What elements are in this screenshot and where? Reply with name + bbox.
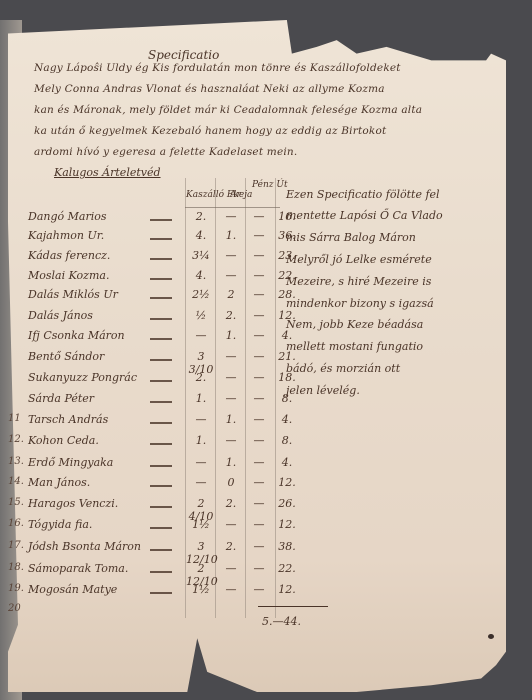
cell-ar: —: [244, 229, 274, 242]
table-row: Sukanyuzz Pongrác2.——18.: [0, 371, 300, 390]
cell-ar: —: [244, 456, 274, 469]
row-name: Kohon Ceda.: [28, 434, 99, 447]
row-number: 18.: [8, 562, 24, 573]
cell-kaszallo: —: [186, 329, 216, 342]
document-title: Specificatio: [148, 48, 219, 62]
row-name: Kajahmon Ur.: [28, 229, 104, 242]
row-name: Sámoparak Toma.: [28, 562, 128, 575]
cell-hold: —: [216, 518, 246, 531]
row-name: Moslai Kozma.: [28, 269, 109, 282]
row-name: Jódsh Bsonta Máron: [28, 540, 141, 553]
table-row: Kádas ferencz.3¼——23.: [0, 249, 300, 268]
row-name: Tarsch András: [28, 413, 108, 426]
table-row: Sárda Péter1.——8.: [0, 392, 300, 411]
cell-ar: —: [244, 309, 274, 322]
side-note-line: jelen lévelég.: [286, 384, 360, 397]
cell-kaszallo: 3¼: [186, 249, 216, 262]
cell-kaszallo: 1½: [186, 518, 216, 531]
column-header: Pénz Út: [252, 180, 288, 190]
table-row: 15.Haragos Venczi.2 4/102.—26.: [0, 497, 300, 516]
cell-penz: 4.: [272, 413, 302, 426]
cell-kaszallo: —: [186, 476, 216, 489]
leader-dash: [150, 318, 172, 320]
list-heading: Kalugos Árteletvéd: [54, 166, 161, 179]
cell-hold: 2.: [216, 497, 246, 510]
cell-hold: —: [216, 249, 246, 262]
cell-hold: —: [216, 371, 246, 384]
table-row: 14.Man János.—0—12.: [0, 476, 300, 495]
side-note-line: mis Sárra Balog Máron: [286, 231, 416, 244]
side-note-line: mindenkor bizony s igazsá: [286, 297, 434, 310]
leader-dash: [150, 527, 172, 529]
cell-ar: —: [244, 434, 274, 447]
row-number: 16.: [8, 518, 24, 529]
leader-dash: [150, 443, 172, 445]
cell-kaszallo: 1½: [186, 583, 216, 596]
table-row: Moslai Kozma.4.——22.: [0, 269, 300, 288]
row-name: Dalás Miklós Ur: [28, 288, 118, 301]
side-note-line: Ezen Specificatio fölötte fel: [286, 188, 440, 201]
row-name: Man János.: [28, 476, 90, 489]
cell-hold: —: [216, 350, 246, 363]
cell-hold: 2: [216, 288, 246, 301]
row-name: Erdő Mingyaka: [28, 456, 113, 469]
table-row: Kajahmon Ur.4.1.—36.: [0, 229, 300, 248]
row-name: Bentő Sándor: [28, 350, 104, 363]
row-number: 19.: [8, 583, 24, 594]
cell-ar: —: [244, 413, 274, 426]
cell-hold: 0: [216, 476, 246, 489]
leader-dash: [150, 359, 172, 361]
cell-penz: 12.: [272, 518, 302, 531]
cell-hold: 2.: [216, 309, 246, 322]
table-row: 17.Jódsh Bsonta Máron3 12/102.—38.: [0, 540, 300, 559]
cell-hold: —: [216, 434, 246, 447]
leader-dash: [150, 338, 172, 340]
header-rule: [185, 207, 280, 208]
row-number: 13.: [8, 456, 24, 467]
cell-hold: —: [216, 392, 246, 405]
total-rule: [258, 606, 328, 607]
row-name: Dangó Marios: [28, 210, 107, 223]
table-row: 12.Kohon Ceda.1.——8.: [0, 434, 300, 453]
row-name: Sárda Péter: [28, 392, 94, 405]
table-row: 13.Erdő Mingyaka—1.—4.: [0, 456, 300, 475]
side-note-line: bádó, és morzián ott: [286, 362, 400, 375]
column-header: Kaszálló Ekeja: [186, 190, 252, 200]
cell-hold: 1.: [216, 456, 246, 469]
column-header: Ar: [230, 190, 241, 200]
row-number: 14.: [8, 476, 24, 487]
row-name: Ifj Csonka Máron: [28, 329, 125, 342]
leader-dash: [150, 297, 172, 299]
cell-hold: 1.: [216, 229, 246, 242]
cell-penz: 12.: [272, 583, 302, 596]
cell-kaszallo: 4.: [186, 269, 216, 282]
ledger-total: 5.—44.: [262, 615, 301, 628]
table-row: 20: [0, 603, 300, 622]
intro-line: kan és Máronak, mely földet már ki Ceada…: [34, 104, 422, 116]
side-note-line: mellett mostani fungatio: [286, 340, 423, 353]
intro-line: ardomi hívó y egeresa a felette Kadelase…: [34, 146, 297, 158]
cell-hold: 1.: [216, 413, 246, 426]
ink-stain: [488, 634, 494, 639]
cell-ar: —: [244, 371, 274, 384]
cell-penz: 38.: [272, 540, 302, 553]
cell-hold: 2.: [216, 540, 246, 553]
cell-kaszallo: 1.: [186, 434, 216, 447]
cell-kaszallo: —: [186, 456, 216, 469]
leader-dash: [150, 422, 172, 424]
side-note-line: Nem, jobb Keze béadása: [286, 318, 423, 331]
cell-ar: —: [244, 392, 274, 405]
cell-ar: —: [244, 249, 274, 262]
cell-hold: —: [216, 583, 246, 596]
table-row: Dalás János½2.—12.: [0, 309, 300, 328]
cell-ar: —: [244, 583, 274, 596]
table-row: Ifj Csonka Máron—1.—4.: [0, 329, 300, 348]
row-name: Haragos Venczi.: [28, 497, 118, 510]
cell-ar: —: [244, 288, 274, 301]
leader-dash: [150, 506, 172, 508]
side-note-line: mentette Lapósi Ő Ca Vlado: [286, 209, 443, 222]
leader-dash: [150, 592, 172, 594]
row-number: 20: [8, 603, 21, 614]
cell-penz: 8.: [272, 434, 302, 447]
cell-penz: 22.: [272, 562, 302, 575]
cell-ar: —: [244, 497, 274, 510]
row-name: Tógyida fia.: [28, 518, 92, 531]
cell-kaszallo: ½: [186, 309, 216, 322]
leader-dash: [150, 571, 172, 573]
cell-ar: —: [244, 476, 274, 489]
cell-kaszallo: —: [186, 413, 216, 426]
cell-ar: —: [244, 329, 274, 342]
cell-ar: —: [244, 518, 274, 531]
row-name: Dalás János: [28, 309, 93, 322]
table-row: 16.Tógyida fia.1½——12.: [0, 518, 300, 537]
leader-dash: [150, 465, 172, 467]
cell-ar: —: [244, 540, 274, 553]
table-row: Bentő Sándor3 3/10——21.: [0, 350, 300, 369]
row-number: 17.: [8, 540, 24, 551]
table-row: 19.Mogosán Matye1½——12.: [0, 583, 300, 602]
cell-hold: 1.: [216, 329, 246, 342]
table-row: 18.Sámoparak Toma.2 12/10——22.: [0, 562, 300, 581]
cell-kaszallo: 1.: [186, 392, 216, 405]
cell-kaszallo: 4.: [186, 229, 216, 242]
intro-line: Mely Conna Andras Vlonat és hasznaláat N…: [34, 83, 385, 95]
row-number: 12.: [8, 434, 24, 445]
cell-hold: —: [216, 210, 246, 223]
table-row: Dangó Marios2.——16.: [0, 210, 300, 229]
leader-dash: [150, 238, 172, 240]
cell-hold: —: [216, 269, 246, 282]
side-note-line: Melyről jó Lelke esmérete: [286, 253, 432, 266]
cell-hold: —: [216, 562, 246, 575]
leader-dash: [150, 258, 172, 260]
cell-ar: —: [244, 350, 274, 363]
leader-dash: [150, 219, 172, 221]
cell-kaszallo: 2.: [186, 210, 216, 223]
intro-line: Nagy Lápoŝi Uldy ég Kis fordulatán mon t…: [34, 62, 401, 74]
cell-ar: —: [244, 269, 274, 282]
leader-dash: [150, 549, 172, 551]
leader-dash: [150, 485, 172, 487]
side-note-line: Mezeire, s hiré Mezeire is: [286, 275, 431, 288]
cell-ar: —: [244, 210, 274, 223]
cell-penz: 26.: [272, 497, 302, 510]
leader-dash: [150, 380, 172, 382]
row-name: Sukanyuzz Pongrác: [28, 371, 137, 384]
cell-penz: 4.: [272, 456, 302, 469]
row-name: Kádas ferencz.: [28, 249, 110, 262]
cell-penz: 12.: [272, 476, 302, 489]
row-number: 15.: [8, 497, 24, 508]
table-row: Dalás Miklós Ur2½2—28.: [0, 288, 300, 307]
cell-kaszallo: 2½: [186, 288, 216, 301]
leader-dash: [150, 278, 172, 280]
intro-line: ka után ő kegyelmek Kezebaló hanem hogy …: [34, 125, 386, 137]
leader-dash: [150, 401, 172, 403]
table-row: 11Tarsch András—1.—4.: [0, 413, 300, 432]
row-number: 11: [8, 413, 21, 424]
row-name: Mogosán Matye: [28, 583, 117, 596]
cell-ar: —: [244, 562, 274, 575]
cell-kaszallo: 2.: [186, 371, 216, 384]
